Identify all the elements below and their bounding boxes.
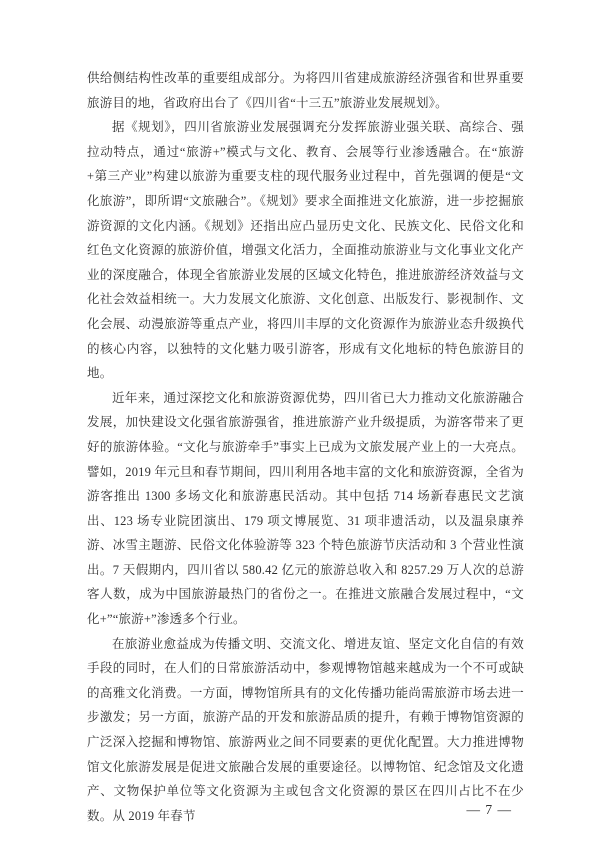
paragraph-plan-overview: 据《规划》，四川省旅游业发展强调充分发挥旅游业强关联、高综合、强拉动特点，通过“… xyxy=(87,115,524,386)
paragraph-continuation: 供给侧结构性改革的重要组成部分。为将四川省建成旅游经济强省和世界重要旅游目的地，… xyxy=(87,66,524,115)
paragraph-recent-years: 近年来，通过深挖文化和旅游资源优势，四川省已大力推动文化旅游融合发展，加快建设文… xyxy=(87,386,524,632)
paragraph-museum-tourism: 在旅游业愈益成为传播文明、交流文化、增进友谊、坚定文化自信的有效手段的同时，在人… xyxy=(87,632,524,829)
page-number: — 7 — xyxy=(87,802,512,818)
document-body: 供给侧结构性改革的重要组成部分。为将四川省建成旅游经济强省和世界重要旅游目的地，… xyxy=(87,66,524,828)
document-page: 供给侧结构性改革的重要组成部分。为将四川省建成旅游经济强省和世界重要旅游目的地，… xyxy=(0,0,610,858)
